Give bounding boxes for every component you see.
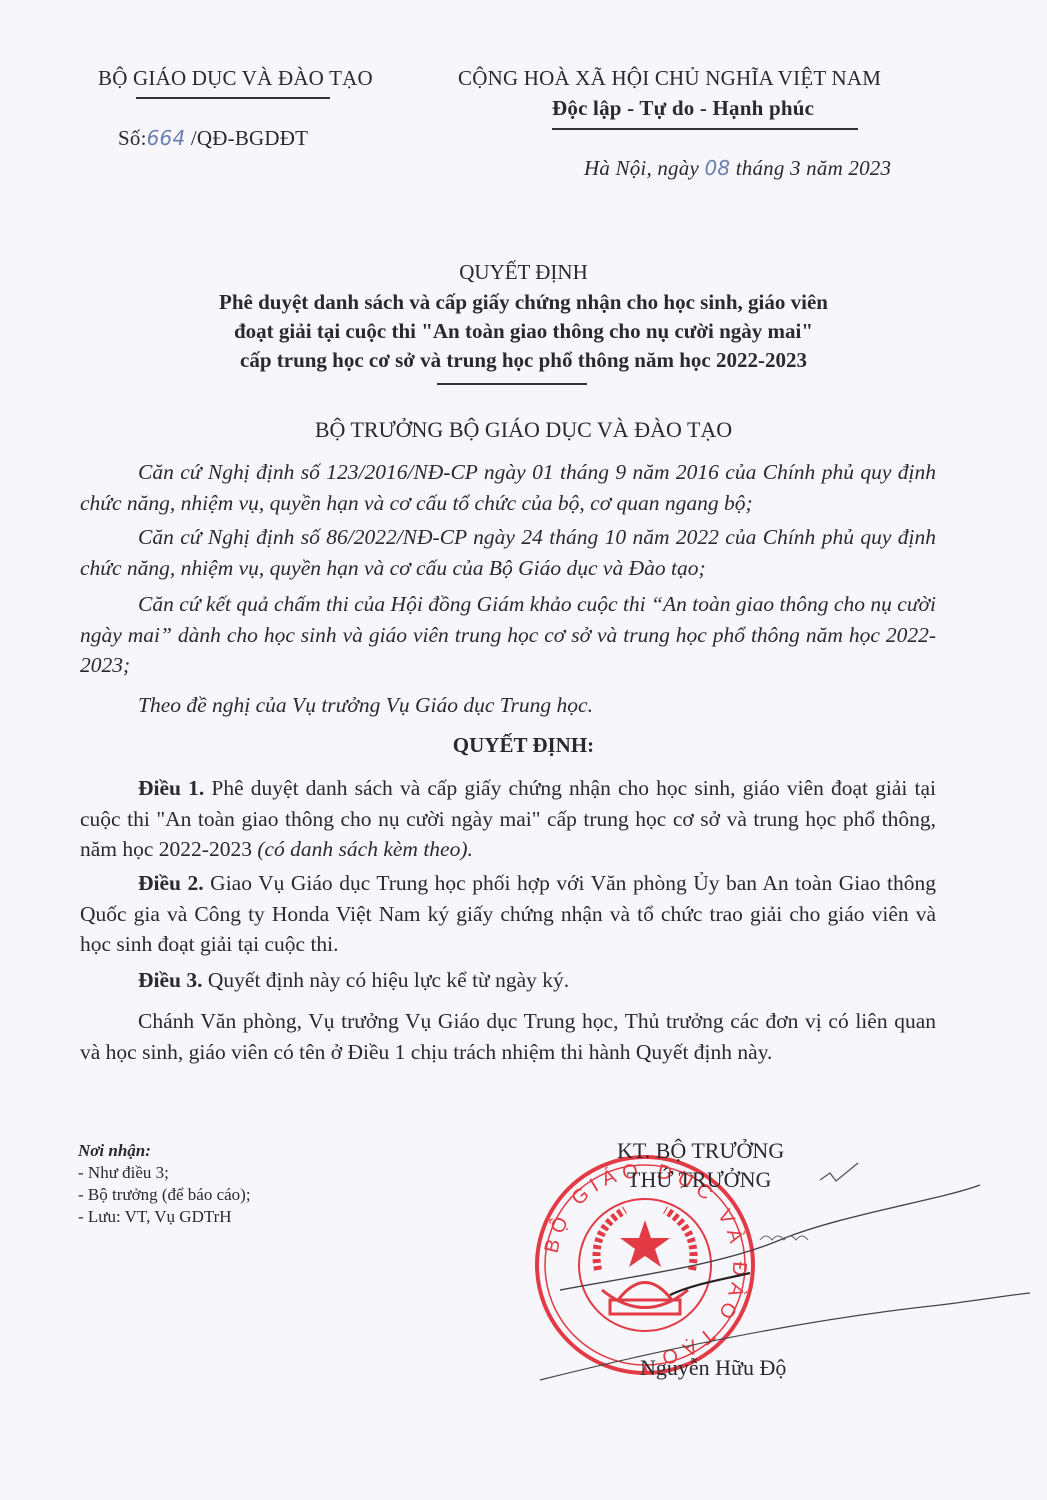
decision-title: QUYẾT ĐỊNH (0, 260, 1047, 285)
recipients-label: Nơi nhận: (78, 1140, 251, 1162)
handwritten-signature-icon (520, 1145, 1040, 1385)
motto: Độc lập - Tự do - Hạnh phúc (552, 96, 814, 121)
preamble-decree-86: Căn cứ Nghị định số 86/2022/NĐ-CP ngày 2… (80, 522, 936, 583)
number-prefix: Số: (118, 126, 147, 150)
republic-name: CỘNG HOÀ XÃ HỘI CHỦ NGHĨA VIỆT NAM (458, 66, 881, 91)
signer-name: Nguyễn Hữu Độ (640, 1355, 786, 1381)
article-2-label: Điều 2. (138, 871, 204, 895)
subtitle-line-1: Phê duyệt danh sách và cấp giấy chứng nh… (0, 290, 1047, 315)
date-suffix: tháng 3 năm 2023 (736, 156, 891, 180)
subtitle-line-2: đoạt giải tại cuộc thi "An toàn giao thô… (0, 319, 1047, 344)
article-1: Điều 1. Phê duyệt danh sách và cấp giấy … (80, 773, 936, 865)
article-1-text: Phê duyệt danh sách và cấp giấy chứng nh… (80, 776, 936, 861)
article-2-text: Giao Vụ Giáo dục Trung học phối hợp với … (80, 871, 936, 956)
article-1-label: Điều 1. (138, 776, 204, 800)
article-2: Điều 2. Giao Vụ Giáo dục Trung học phối … (80, 868, 936, 960)
closing-clause: Chánh Văn phòng, Vụ trưởng Vụ Giáo dục T… (80, 1006, 936, 1067)
article-3: Điều 3. Quyết định này có hiệu lực kể từ… (80, 965, 936, 996)
preamble-jury-results: Căn cứ kết quả chấm thi của Hội đồng Giá… (80, 589, 936, 681)
ministry-underline (136, 97, 330, 99)
document-number: Số:664 /QĐ-BGDĐT (118, 126, 308, 151)
article-3-label: Điều 3. (138, 968, 203, 992)
date-prefix: Hà Nội, ngày (584, 156, 699, 180)
motto-underline (552, 128, 858, 130)
recipient-item: - Như điều 3; (78, 1162, 251, 1184)
decision-heading: QUYẾT ĐỊNH: (0, 733, 1047, 758)
issuing-authority: BỘ TRƯỞNG BỘ GIÁO DỤC VÀ ĐÀO TẠO (0, 417, 1047, 443)
title-divider (437, 383, 587, 385)
recipient-item: - Lưu: VT, Vụ GDTrH (78, 1206, 251, 1228)
preamble-decree-123: Căn cứ Nghị định số 123/2016/NĐ-CP ngày … (80, 457, 936, 518)
number-suffix: /QĐ-BGDĐT (191, 126, 308, 150)
number-handwritten: 664 (147, 126, 186, 150)
ministry-name: BỘ GIÁO DỤC VÀ ĐÀO TẠO (98, 66, 373, 91)
subtitle-line-3: cấp trung học cơ sở và trung học phổ thô… (0, 348, 1047, 373)
preamble-proposal: Theo đề nghị của Vụ trưởng Vụ Giáo dục T… (80, 690, 936, 721)
date-day-handwritten: 08 (704, 156, 730, 180)
article-1-note: (có danh sách kèm theo). (257, 837, 473, 861)
recipient-item: - Bộ trưởng (để báo cáo); (78, 1184, 251, 1206)
recipients-block: Nơi nhận: - Như điều 3; - Bộ trưởng (để … (78, 1140, 251, 1228)
date-line: Hà Nội, ngày 08 tháng 3 năm 2023 (584, 156, 891, 181)
article-3-text: Quyết định này có hiệu lực kể từ ngày ký… (203, 968, 570, 992)
